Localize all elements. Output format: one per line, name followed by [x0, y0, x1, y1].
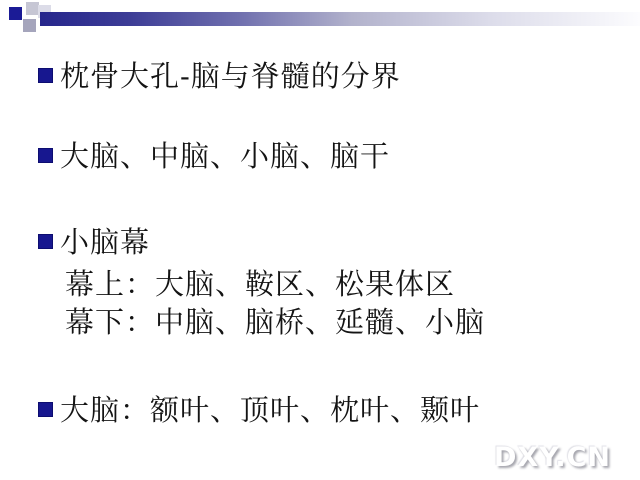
bullet-text: 大脑：额叶、顶叶、枕叶、颞叶 [60, 392, 480, 428]
sub-line-infratentorial: 幕下：中脑、脑桥、延髓、小脑 [0, 304, 485, 340]
bullet-text: 枕骨大孔-脑与脊髓的分界 [60, 58, 401, 94]
sub-line-supratentorial: 幕上：大脑、鞍区、松果体区 [0, 266, 455, 302]
decoration-square-navy-icon [9, 7, 22, 20]
bullet-square-icon [38, 402, 53, 417]
sub-line-text: 幕下：中脑、脑桥、延髓、小脑 [65, 304, 485, 340]
sub-line-text: 幕上：大脑、鞍区、松果体区 [65, 266, 455, 302]
header-gradient-bar [40, 12, 640, 26]
slide: 枕骨大孔-脑与脊髓的分界 大脑、中脑、小脑、脑干 小脑幕 幕上：大脑、鞍区、松果… [0, 0, 640, 480]
decoration-square-gray-icon [23, 19, 36, 32]
bullet-text: 大脑、中脑、小脑、脑干 [60, 138, 390, 174]
watermark: DXY.CN [494, 442, 611, 473]
bullet-line-brain-parts: 大脑、中脑、小脑、脑干 [0, 138, 390, 174]
header-decoration [0, 0, 640, 40]
bullet-square-icon [38, 148, 53, 163]
bullet-text: 小脑幕 [60, 224, 150, 260]
bullet-line-foramen-magnum: 枕骨大孔-脑与脊髓的分界 [0, 58, 401, 94]
bullet-square-icon [38, 234, 53, 249]
bullet-line-tentorium: 小脑幕 [0, 224, 150, 260]
bullet-square-icon [38, 68, 53, 83]
bullet-line-cerebral-lobes: 大脑：额叶、顶叶、枕叶、颞叶 [0, 392, 480, 428]
